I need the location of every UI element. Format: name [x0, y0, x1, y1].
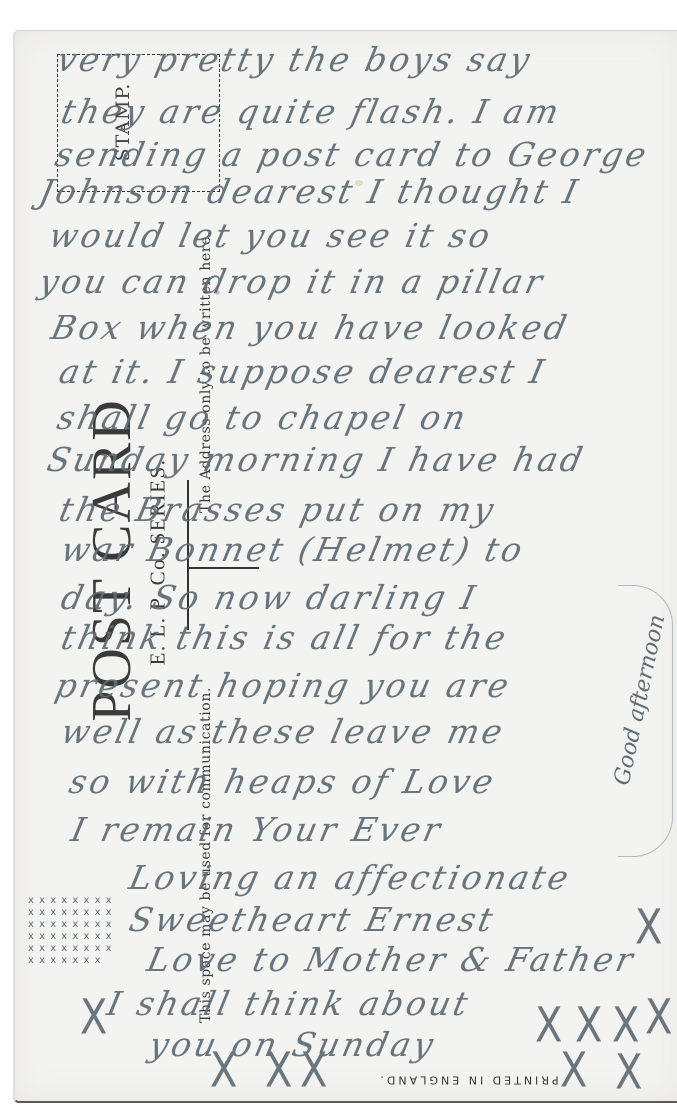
message-line: would let you see it so: [46, 216, 497, 255]
message-line: well as these leave me: [58, 712, 509, 751]
message-line: Sweetheart Ernest: [126, 900, 499, 939]
message-line: sending a post card to George: [52, 135, 653, 174]
message-line: Box when you have looked: [48, 308, 573, 347]
kiss-mark: X: [265, 1043, 292, 1098]
message-line: Johnson dearest I thought I: [36, 172, 584, 211]
message-line: Love to Mother & Father: [144, 940, 639, 979]
kiss-mark: X: [535, 998, 562, 1053]
message-line: I remain Your Ever: [68, 810, 447, 849]
message-line: think this is all for the: [58, 618, 512, 657]
message-line: Loving an affectionate: [126, 858, 575, 897]
message-line: very pretty the boys say: [54, 40, 536, 79]
message-line: Sunday morning I have had: [44, 440, 589, 479]
kiss-mark: X: [635, 900, 662, 955]
kiss-mark: X: [645, 990, 672, 1045]
message-line: I shall think about: [104, 984, 474, 1023]
message-line: present hoping you are: [52, 666, 515, 705]
message-line: war Bonnet (Helmet) to: [58, 530, 529, 569]
message-line: you can drop it in a pillar: [36, 262, 549, 301]
kiss-mark: X: [210, 1043, 237, 1098]
message-line: shall go to chapel on: [54, 398, 472, 437]
message-line: so with heaps of Love: [66, 762, 500, 801]
kiss-mark: X: [300, 1043, 327, 1098]
kiss-mark: X: [80, 990, 107, 1045]
message-line: you on Sunday: [146, 1025, 440, 1064]
message-line: at it. I suppose dearest I: [56, 352, 551, 391]
message-line: the Brasses put on my: [56, 490, 500, 529]
kiss-mark: X: [615, 1045, 642, 1100]
message-line: they are quite flash. I am: [58, 92, 565, 131]
kiss-mark: X: [560, 1043, 587, 1098]
message-line: day. So now darling I: [58, 578, 482, 617]
